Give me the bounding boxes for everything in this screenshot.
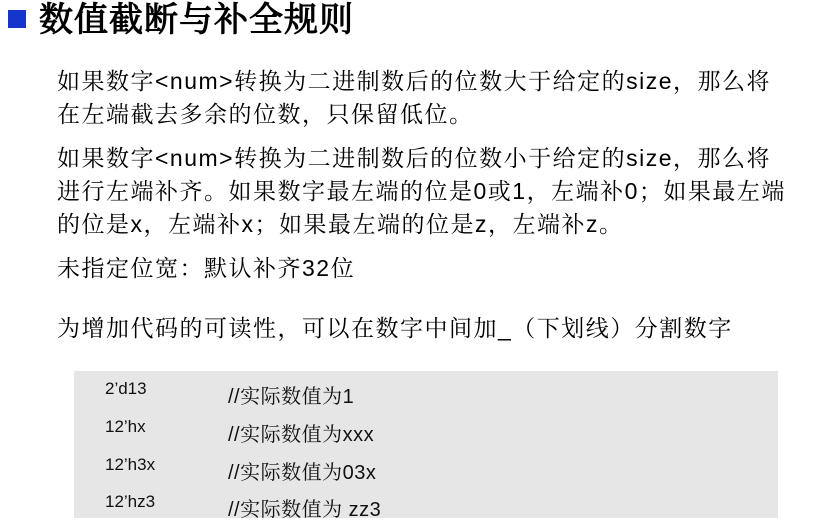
slide: 数值截断与补全规则 如果数字<num>转换为二进制数后的位数大于给定的size，… [0,0,840,531]
paragraph-line: 在左端截去多余的位数，只保留低位。 [57,98,771,131]
paragraph-line: 进行左端补齐。如果数字最左端的位是0或1，左端补0；如果最左端 [57,175,786,208]
paragraph-default-width: 未指定位宽：默认补齐32位 [57,252,355,285]
code-comment: //实际数值为1 [228,384,354,410]
code-literal: 12’h3x [105,454,155,476]
code-literal: 12’hx [105,416,146,438]
bullet-square-icon [8,10,26,28]
paragraph-line: 的位是x，左端补x；如果最左端的位是z，左端补z。 [57,208,786,241]
slide-title: 数值截断与补全规则 [39,0,354,40]
paragraph-underscore-note: 为增加代码的可读性，可以在数字中间加_（下划线）分割数字 [57,312,733,345]
paragraph-truncation-rule: 如果数字<num>转换为二进制数后的位数大于给定的size，那么将 在左端截去多… [57,65,771,131]
paragraph-line: 如果数字<num>转换为二进制数后的位数大于给定的size，那么将 [57,65,771,98]
code-comment: //实际数值为 zz3 [228,497,381,518]
paragraph-line: 未指定位宽：默认补齐32位 [57,252,355,285]
code-comment: //实际数值为xxx [228,422,374,448]
code-literal: 12’hz3 [105,491,155,513]
code-comment: //实际数值为03x [228,460,376,486]
title-row: 数值截断与补全规则 [8,0,354,40]
code-example-block: 2’d13 //实际数值为1 12’hx //实际数值为xxx 12’h3x /… [74,371,778,518]
paragraph-line: 如果数字<num>转换为二进制数后的位数小于给定的size，那么将 [57,142,786,175]
code-literal: 2’d13 [105,378,147,400]
paragraph-line: 为增加代码的可读性，可以在数字中间加_（下划线）分割数字 [57,312,733,345]
paragraph-padding-rule: 如果数字<num>转换为二进制数后的位数小于给定的size，那么将 进行左端补齐… [57,142,786,241]
